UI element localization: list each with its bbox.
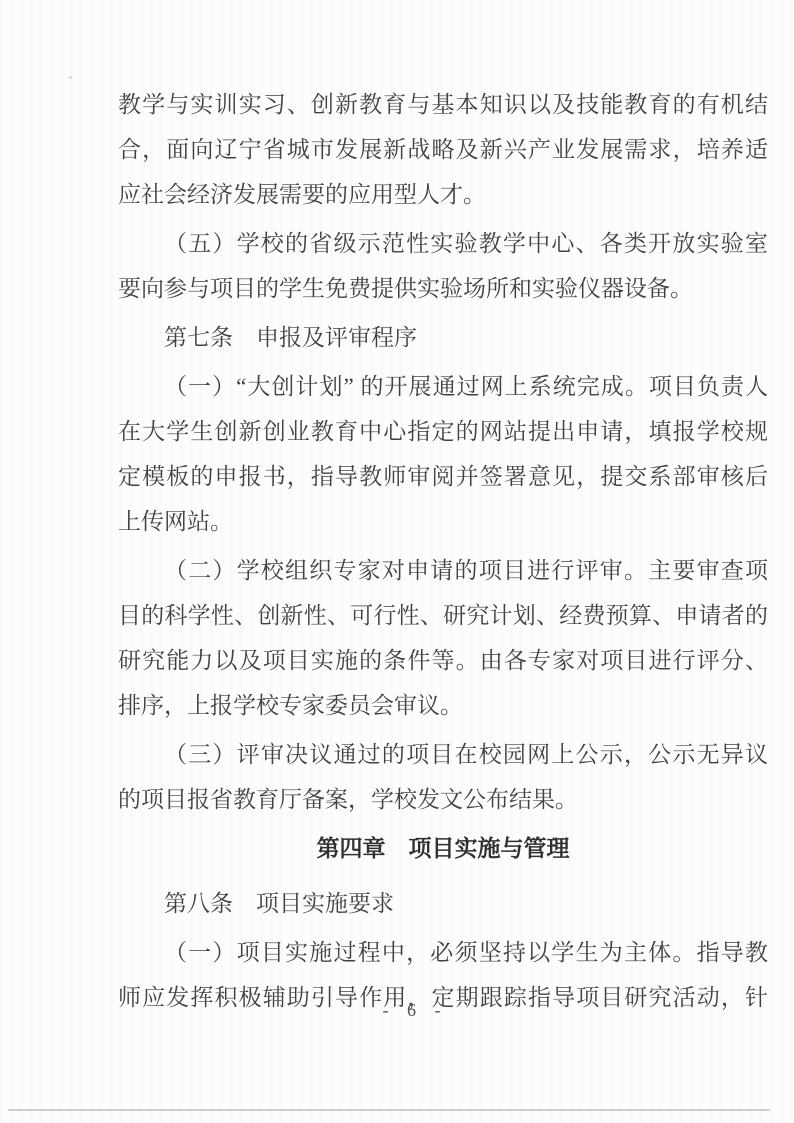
paragraph: （五）学校的省级示范性实验教学中心、各类开放实验室 要向参与项目的学生免费提供实…	[118, 221, 768, 311]
paragraph: 教学与实训实习、创新教育与基本知识以及技能教育的有机结 合，面向辽宁省城市发展新…	[118, 82, 768, 217]
paragraph: （三）评审决议通过的项目在校园网上公示，公示无异议 的项目报省教育厅备案，学校发…	[118, 732, 768, 822]
article-heading: 第七条 申报及评审程序	[118, 315, 768, 360]
text-line: （二）学校组织专家对申请的项目进行评审。主要审查项	[118, 548, 768, 593]
article-heading: 第八条 项目实施要求	[118, 881, 768, 926]
text-line: 教学与实训实习、创新教育与基本知识以及技能教育的有机结	[118, 82, 768, 127]
text-line: 第七条 申报及评审程序	[118, 315, 768, 360]
text-line: 第八条 项目实施要求	[118, 881, 768, 926]
paragraph: （二）学校组织专家对申请的项目进行评审。主要审查项 目的科学性、创新性、可行性、…	[118, 548, 768, 728]
chapter-heading-text: 第四章 项目实施与管理	[118, 826, 768, 871]
paragraph: （一）“大创计划” 的开展通过网上系统完成。项目负责人 在大学生创新创业教育中心…	[118, 364, 768, 544]
document-content: 教学与实训实习、创新教育与基本知识以及技能教育的有机结 合，面向辽宁省城市发展新…	[118, 82, 768, 1020]
text-line: 研究能力以及项目实施的条件等。由各专家对项目进行评分、	[118, 638, 768, 683]
text-line: 合，面向辽宁省城市发展新战略及新兴产业发展需求，培养适	[118, 127, 768, 172]
scan-bottom-edge	[8, 1109, 770, 1111]
document-page: 教学与实训实习、创新教育与基本知识以及技能教育的有机结 合，面向辽宁省城市发展新…	[0, 0, 794, 1123]
scan-speck	[69, 76, 72, 79]
text-line: 在大学生创新创业教育中心指定的网站提出申请，填报学校规	[118, 409, 768, 454]
text-line: 定模板的申报书，指导教师审阅并签署意见，提交系部审核后	[118, 454, 768, 499]
text-line: 目的科学性、创新性、可行性、研究计划、经费预算、申请者的	[118, 593, 768, 638]
text-line: 要向参与项目的学生免费提供实验场所和实验仪器设备。	[118, 266, 768, 311]
text-line: （三）评审决议通过的项目在校园网上公示，公示无异议	[118, 732, 768, 777]
text-line: 排序，上报学校专家委员会审议。	[118, 683, 768, 728]
text-line: 上传网站。	[118, 499, 768, 544]
text-line: （五）学校的省级示范性实验教学中心、各类开放实验室	[118, 221, 768, 266]
text-line: （一）项目实施过程中，必须坚持以学生为主体。指导教	[118, 930, 768, 975]
page-number: - 6 -	[18, 999, 794, 1021]
text-line: （一）“大创计划” 的开展通过网上系统完成。项目负责人	[118, 364, 768, 409]
text-line: 应社会经济发展需要的应用型人才。	[118, 172, 768, 217]
chapter-heading: 第四章 项目实施与管理	[118, 826, 768, 871]
text-line: 的项目报省教育厅备案，学校发文公布结果。	[118, 777, 768, 822]
